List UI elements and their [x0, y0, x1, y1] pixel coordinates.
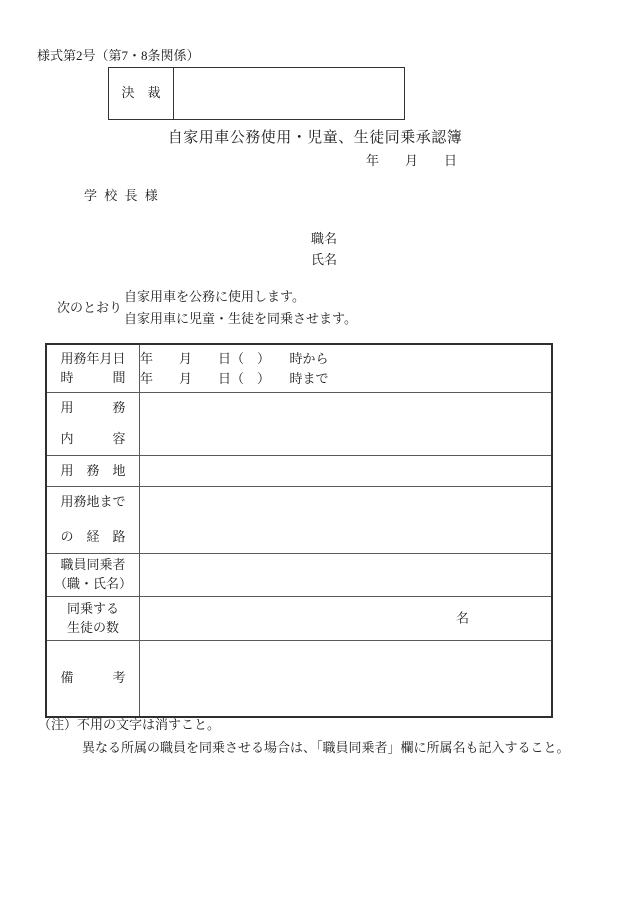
signer-name-label: 氏名: [311, 251, 337, 270]
row-remarks: 備 考: [46, 641, 552, 718]
form-number: 様式第2号（第7・8条関係）: [37, 47, 200, 66]
student-count-label-line1: 同乗する: [47, 600, 139, 619]
application-table: 用務年月日 時 間 年 月 日（ ） 時から 年 月 日（ ） 時まで 用 務 …: [45, 343, 553, 718]
approval-entry-cell[interactable]: [174, 68, 404, 119]
approval-box: 決 裁: [108, 67, 405, 120]
duty-place-label-text: 用 務 地: [60, 463, 125, 478]
duty-content-entry-cell[interactable]: [140, 393, 553, 456]
staff-passengers-label-line1: 職員同乗者: [47, 556, 139, 575]
row-student-count: 同乗する 生徒の数 名: [46, 597, 552, 641]
note-line-2: 異なる所属の職員を同乗させる場合は、「職員同乗者」欄に所属名も記入すること。: [82, 739, 570, 758]
signer-title-label: 職名: [311, 230, 337, 249]
duty-content-label-line1: 用 務: [47, 399, 139, 418]
row-staff-passengers: 職員同乗者 （職・氏名）: [46, 554, 552, 597]
duty-datetime-label-line2: 時 間: [47, 369, 139, 388]
student-count-entry-cell[interactable]: 名: [140, 597, 553, 641]
row-route: 用務地まで の 経 路: [46, 487, 552, 554]
duty-datetime-entry-cell[interactable]: 年 月 日（ ） 時から 年 月 日（ ） 時まで: [140, 344, 553, 393]
remarks-entry-cell[interactable]: [140, 641, 553, 718]
recipient-line: 学 校 長 様: [84, 187, 158, 206]
route-label-stack: 用務地まで の 経 路: [47, 487, 139, 553]
student-count-label-stack: 同乗する 生徒の数: [47, 597, 139, 640]
remarks-label-text: 備 考: [60, 670, 125, 685]
duty-datetime-label-stack: 用務年月日 時 間: [47, 345, 139, 392]
duty-datetime-to-line: 年 月 日（ ） 時まで: [140, 369, 551, 389]
remarks-label: 備 考: [46, 641, 140, 718]
route-label-line2: の 経 路: [47, 528, 139, 547]
duty-place-label: 用 務 地: [46, 456, 140, 487]
approval-label: 決 裁: [121, 84, 160, 103]
duty-content-label-stack: 用 務 内 容: [47, 393, 139, 455]
document-title: 自家用車公務使用・児童、生徒同乗承認簿: [0, 128, 630, 150]
row-duty-place: 用 務 地: [46, 456, 552, 487]
duty-datetime-label-line1: 用務年月日: [47, 350, 139, 369]
duty-datetime-label: 用務年月日 時 間: [46, 344, 140, 393]
row-duty-datetime: 用務年月日 時 間 年 月 日（ ） 時から 年 月 日（ ） 時まで: [46, 344, 552, 393]
staff-passengers-label: 職員同乗者 （職・氏名）: [46, 554, 140, 597]
student-count-unit: 名: [456, 609, 469, 628]
approval-label-cell: 決 裁: [109, 68, 174, 119]
row-duty-content: 用 務 内 容: [46, 393, 552, 456]
student-count-label-line2: 生徒の数: [47, 619, 139, 638]
date-line: 年 月 日: [366, 152, 457, 171]
duty-place-entry-cell[interactable]: [140, 456, 553, 487]
note-line-1: （注）不用の文字は消すこと。: [38, 716, 220, 735]
student-count-label: 同乗する 生徒の数: [46, 597, 140, 641]
duty-datetime-from-line: 年 月 日（ ） 時から: [140, 349, 551, 369]
duty-content-label-line2: 内 容: [47, 430, 139, 449]
staff-passengers-label-line2: （職・氏名）: [47, 575, 139, 594]
route-label: 用務地まで の 経 路: [46, 487, 140, 554]
staff-passengers-entry-cell[interactable]: [140, 554, 553, 597]
route-label-line1: 用務地まで: [47, 493, 139, 512]
route-entry-cell[interactable]: [140, 487, 553, 554]
intro-statement-1: 自家用車を公務に使用します。: [124, 288, 305, 307]
intro-statement-2: 自家用車に児童・生徒を同乗させます。: [124, 310, 357, 329]
intro-lead: 次のとおり: [57, 299, 122, 318]
staff-passengers-label-stack: 職員同乗者 （職・氏名）: [47, 554, 139, 596]
duty-content-label: 用 務 内 容: [46, 393, 140, 456]
document-page: 様式第2号（第7・8条関係） 決 裁 自家用車公務使用・児童、生徒同乗承認簿 年…: [0, 0, 630, 903]
